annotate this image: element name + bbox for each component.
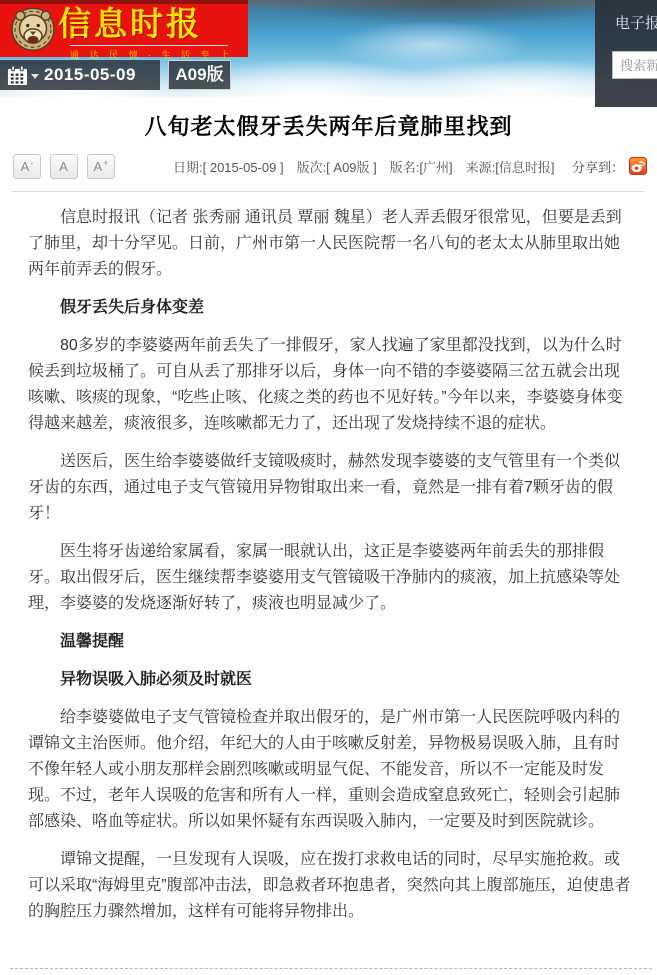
date-picker[interactable]: 2015-05-09: [0, 60, 160, 90]
article-bottom-divider: [10, 968, 652, 969]
font-smaller-button[interactable]: A-: [13, 154, 41, 179]
search-input[interactable]: [612, 51, 657, 79]
article-meta: 日期:[ 2015-05-09 ] 版次:[ A09版 ] 版名:[广州] 来源…: [173, 157, 554, 176]
article-body: 信息时报讯（记者 张秀丽 通讯员 覃丽 魏星）老人弄丢假牙很常见，但要是丢到了肺…: [0, 192, 657, 925]
meta-edition: 版次:[ A09版 ]: [297, 157, 377, 176]
brand-title: 信息时报: [58, 5, 202, 43]
meta-section: 版名:[广州]: [390, 157, 453, 176]
font-normal-button[interactable]: A: [50, 154, 78, 179]
article-paragraph: 80多岁的李婆婆两年前丢失了一排假牙，家人找遍了家里都没找到，以为什么时候丢到垃…: [28, 333, 633, 437]
article-toolbar: A- A A+ 日期:[ 2015-05-09 ] 版次:[ A09版 ] 版名…: [0, 151, 657, 181]
article-subheading: 异物误吸入肺必须及时就医: [28, 667, 633, 693]
meta-date: 日期:[ 2015-05-09 ]: [173, 157, 284, 176]
site-header: 信息时报 通 达 民 情 · 生 活 至 上 2015-05-09 A09版 电…: [0, 0, 657, 97]
epaper-link[interactable]: 电子报: [615, 12, 657, 33]
share-label: 分享到：: [572, 157, 624, 176]
weibo-share-icon[interactable]: [629, 157, 647, 175]
edition-tag[interactable]: A09版: [168, 60, 231, 90]
date-value: 2015-05-09: [44, 65, 136, 85]
caret-down-icon: [31, 74, 39, 79]
page: 信息时报 通 达 民 情 · 生 活 至 上 2015-05-09 A09版 电…: [0, 0, 657, 975]
font-larger-button[interactable]: A+: [87, 154, 115, 179]
article-subheading: 假牙丢失后身体变差: [28, 295, 633, 321]
font-size-controls: A- A A+: [13, 154, 115, 179]
article-subheading: 温馨提醒: [28, 629, 633, 655]
article-paragraph: 送医后，医生给李婆婆做纤支镜吸痰时，赫然发现李婆婆的支气管里有一个类似牙齿的东西…: [28, 449, 633, 527]
lion-icon: [9, 5, 57, 55]
meta-source: 来源:[信息时报]: [466, 157, 555, 176]
calendar-icon: [7, 65, 28, 86]
article-paragraph: 谭锦文提醒，一旦发现有人误吸，应在拨打求救电话的同时，尽早实施抢救。或可以采取“…: [28, 847, 633, 925]
article-title: 八旬老太假牙丢失两年后竟肺里找到: [10, 112, 647, 142]
article-paragraph: 信息时报讯（记者 张秀丽 通讯员 覃丽 魏星）老人弄丢假牙很常见，但要是丢到了肺…: [28, 205, 633, 283]
brand-tagline: 通 达 民 情 · 生 活 至 上: [70, 45, 228, 61]
header-right-panel: 电子报: [595, 0, 657, 107]
article-paragraph: 给李婆婆做电子支气管镜检查并取出假牙的，是广州市第一人民医院呼吸内科的谭锦文主治…: [28, 705, 633, 835]
brand-logo-banner[interactable]: 信息时报 通 达 民 情 · 生 活 至 上: [0, 0, 248, 57]
share-bar: 分享到：: [572, 157, 647, 176]
article-paragraph: 医生将牙齿递给家属看，家属一眼就认出，这正是李婆婆两年前丢失的那排假牙。取出假牙…: [28, 539, 633, 617]
